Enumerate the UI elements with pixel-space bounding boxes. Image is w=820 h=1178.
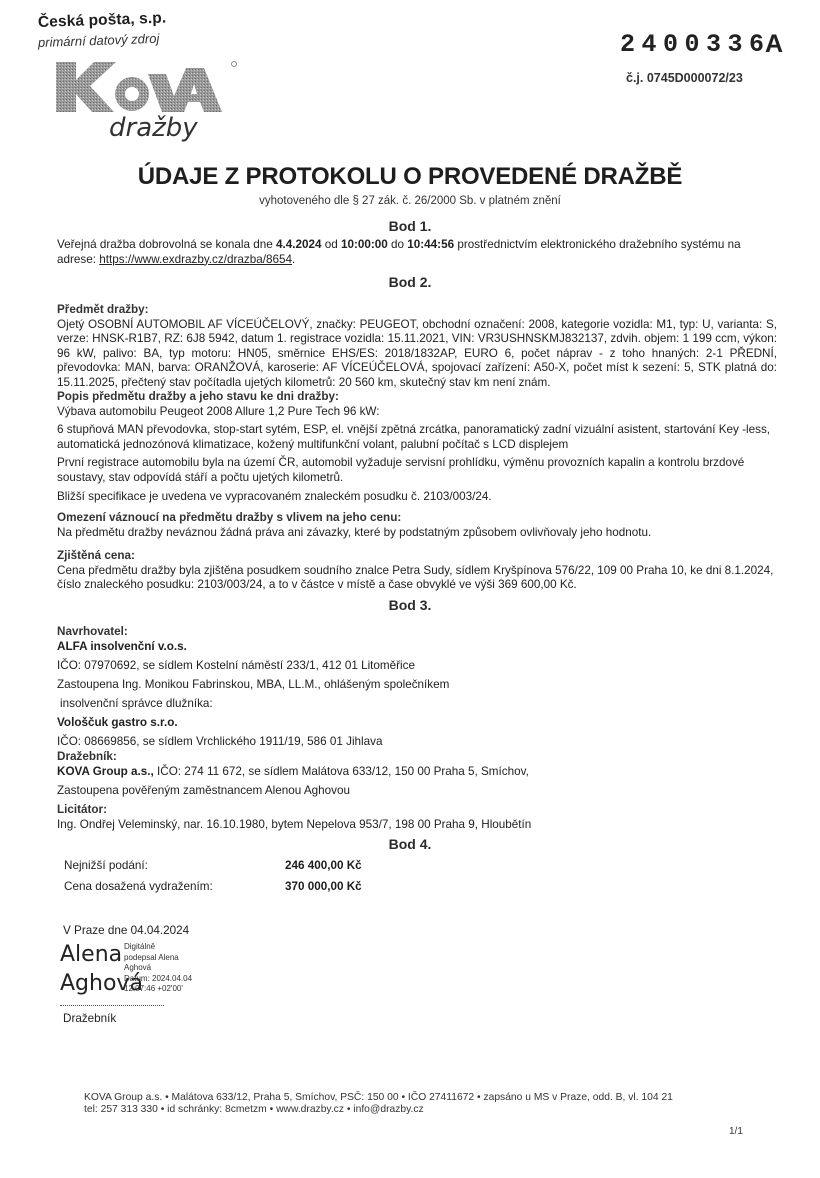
logo-wordmark: dražby [109, 113, 198, 143]
stamp-title: Česká pošta, s.p. [38, 10, 167, 32]
subject-text: Ojetý OSOBNÍ AUTOMOBIL AF VÍCEÚČELOVÝ, z… [57, 318, 777, 391]
place-date: V Praze dne 04.04.2024 [63, 924, 363, 939]
final-price-value: 370 000,00 Kč [285, 880, 362, 893]
auction-date: 4.4.2024 [276, 238, 322, 251]
signature-meta-line: Datum: 2024.04.04 [124, 974, 192, 985]
bod1-text: Veřejná dražba dobrovolná se konala dne … [57, 238, 777, 267]
auction-time-to: 10:44:56 [407, 238, 454, 251]
appraised-price-block: Zjištěná cena: Cena předmětu dražby byla… [57, 549, 777, 593]
signature-meta-line: 12:07:46 +02'00' [124, 984, 192, 995]
auctioneer-name: KOVA Group a.s., [57, 765, 154, 778]
appraised-price-text: Cena předmětu dražby byla zjištěna posud… [57, 564, 777, 593]
auction-time-from: 10:00:00 [341, 238, 388, 251]
debtor-ico: IČO: 08669856, se sídlem Vrchlického 191… [57, 734, 777, 749]
page-subtitle: vyhotoveného dle § 27 zák. č. 26/2000 Sb… [0, 195, 820, 207]
description-label: Popis předmětu dražby a jeho stavu ke dn… [57, 390, 777, 405]
page-title: ÚDAJE Z PROTOKOLU O PROVEDENÉ DRAŽBĚ [0, 163, 820, 191]
bod1-text-e: . [292, 253, 295, 266]
stamp-subtitle: primární datový zdroj [38, 31, 160, 50]
description-line: Bližší specifikace je uvedena ve vypraco… [57, 490, 777, 505]
kova-logo-icon [54, 60, 240, 114]
auction-url-link[interactable]: https://www.exdrazby.cz/drazba/8654 [99, 253, 292, 266]
description-line: Výbava automobilu Peugeot 2008 Allure 1,… [57, 405, 777, 420]
proposer-role: insolvenční správce dlužníka: [57, 696, 777, 711]
signature-first-name: Alena [60, 942, 122, 967]
auctioneer-line: KOVA Group a.s., IČO: 274 11 672, se síd… [57, 764, 777, 779]
reference-cj: č.j. 0745D000072/23 [626, 71, 743, 85]
signature-meta-line: Digitálně [124, 942, 192, 953]
licitator-text: Ing. Ondřej Veleminský, nar. 16.10.1980,… [57, 817, 777, 832]
subject-block: Předmět dražby: Ojetý OSOBNÍ AUTOMOBIL A… [57, 303, 777, 391]
restrictions-text: Na předmětu dražby neváznou žádná práva … [57, 526, 777, 541]
section-heading-bod3: Bod 3. [0, 597, 820, 613]
signature-line [60, 1005, 164, 1006]
licitator-label: Licitátor: [57, 802, 777, 817]
lowest-bid-value: 246 400,00 Kč [285, 859, 362, 872]
appraised-price-label: Zjištěná cena: [57, 549, 777, 564]
page-number: 1/1 [729, 1126, 743, 1137]
auctioneer-details: IČO: 274 11 672, se sídlem Malátova 633/… [154, 765, 529, 778]
auctioneer-block: Dražebník: KOVA Group a.s., IČO: 274 11 … [57, 749, 777, 798]
restrictions-label: Omezení váznoucí na předmětu dražby s vl… [57, 511, 777, 526]
lowest-bid-label: Nejnižší podání: [64, 859, 148, 872]
bod1-text-a: Veřejná dražba dobrovolná se konala dne [57, 238, 276, 251]
digital-signature-info: Digitálně podepsal Alena Aghová Datum: 2… [124, 942, 192, 995]
description-line: První registrace automobilu byla na územ… [57, 456, 777, 485]
description-block: Popis předmětu dražby a jeho stavu ke dn… [57, 390, 777, 504]
signature-meta-line: Aghová [124, 963, 192, 974]
signature-role: Dražebník [63, 1012, 263, 1027]
proposer-representative: Zastoupena Ing. Monikou Fabrinskou, MBA,… [57, 677, 777, 692]
section-heading-bod4: Bod 4. [0, 836, 820, 852]
proposer-label: Navrhovatel: [57, 624, 777, 639]
bod1-text-b: od [321, 238, 341, 251]
auctioneer-label: Dražebník: [57, 749, 777, 764]
bod1-text-c: do [388, 238, 408, 251]
footer-line-1: KOVA Group a.s. • Malátova 633/12, Praha… [84, 1092, 673, 1103]
description-line: 6 stupňová MAN převodovka, stop-start sy… [57, 423, 777, 452]
footer-line-2: tel: 257 313 330 • id schránky: 8cmetzm … [84, 1104, 424, 1115]
auctioneer-representative: Zastoupena pověřeným zaměstnancem Alenou… [57, 783, 777, 798]
final-price-label: Cena dosažená vydražením: [64, 880, 213, 893]
debtor-name: Vološčuk gastro s.r.o. [57, 715, 777, 730]
document-number: 2400336 [620, 30, 771, 59]
section-heading-bod2: Bod 2. [0, 274, 820, 290]
restrictions-block: Omezení váznoucí na předmětu dražby s vl… [57, 511, 777, 540]
proposer-name: ALFA insolvenční v.o.s. [57, 639, 777, 654]
section-heading-bod1: Bod 1. [0, 218, 820, 234]
proposer-ico: IČO: 07970692, se sídlem Kostelní náměst… [57, 658, 777, 673]
proposer-block: Navrhovatel: ALFA insolvenční v.o.s. IČO… [57, 624, 777, 749]
document-number-letter: A [765, 30, 783, 59]
licitator-block: Licitátor: Ing. Ondřej Veleminský, nar. … [57, 802, 777, 832]
subject-label: Předmět dražby: [57, 303, 777, 318]
signature-meta-line: podepsal Alena [124, 953, 192, 964]
